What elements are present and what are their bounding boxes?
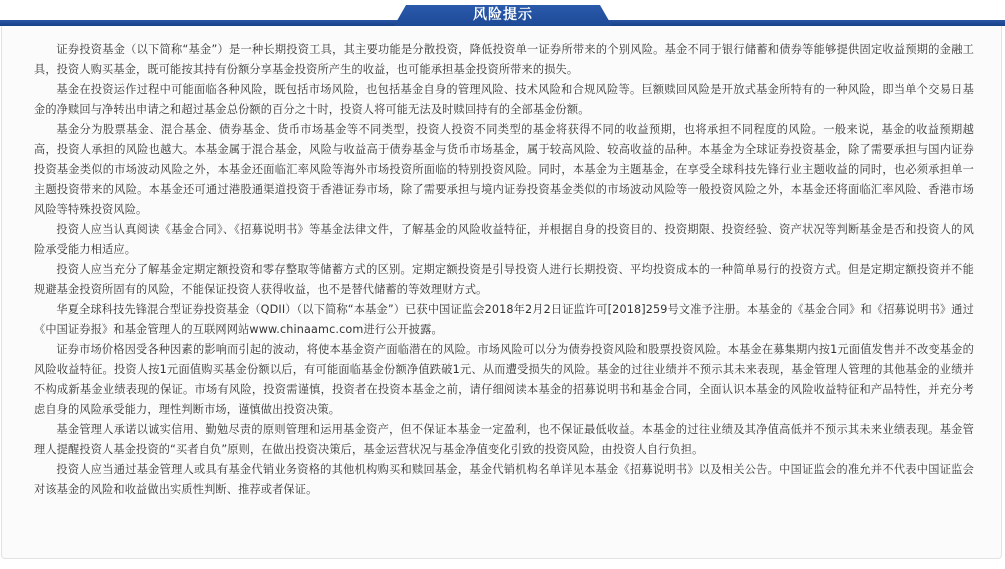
paragraph-read-documents: 投资人应当认真阅读《基金合同》、《招募说明书》等基金法律文件，了解基金的风险收益…	[34, 220, 974, 260]
paragraph-market-risk: 证券市场价格因受各种因素的影响而引起的波动，将使本基金资产面临潜在的风险。市场风…	[34, 340, 974, 420]
risk-notice-content: 证券投资基金（以下简称“基金”）是一种长期投资工具，其主要功能是分散投资，降低投…	[1, 26, 1002, 559]
risk-notice-text: 证券投资基金（以下简称“基金”）是一种长期投资工具，其主要功能是分散投资，降低投…	[2, 26, 1001, 500]
paragraph-fund-types-risk: 基金分为股票基金、混合基金、债券基金、货币市场基金等不同类型，投资人投资不同类型…	[34, 120, 974, 220]
paragraph-operational-risks: 基金在投资运作过程中可能面临各种风险，既包括市场风险，也包括基金自身的管理风险、…	[34, 80, 974, 120]
paragraph-fund-definition: 证券投资基金（以下简称“基金”）是一种长期投资工具，其主要功能是分散投资，降低投…	[34, 40, 974, 80]
paragraph-purchase-channels: 投资人应当通过基金管理人或具有基金代销业务资格的其他机构购买和赎回基金，基金代销…	[34, 460, 974, 500]
page-title: 风险提示	[394, 5, 612, 26]
risk-notice-header: 风险提示	[0, 0, 1005, 27]
paragraph-regular-investment: 投资人应当充分了解基金定期定额投资和零存整取等储蓄方式的区别。定期定额投资是引导…	[34, 260, 974, 300]
paragraph-manager-commitment: 基金管理人承诺以诚实信用、勤勉尽责的原则管理和运用基金资产，但不保证本基金一定盈…	[34, 420, 974, 460]
paragraph-fund-registration: 华夏全球科技先锋混合型证券投资基金（QDII）（以下简称“本基金”）已获中国证监…	[34, 300, 974, 340]
